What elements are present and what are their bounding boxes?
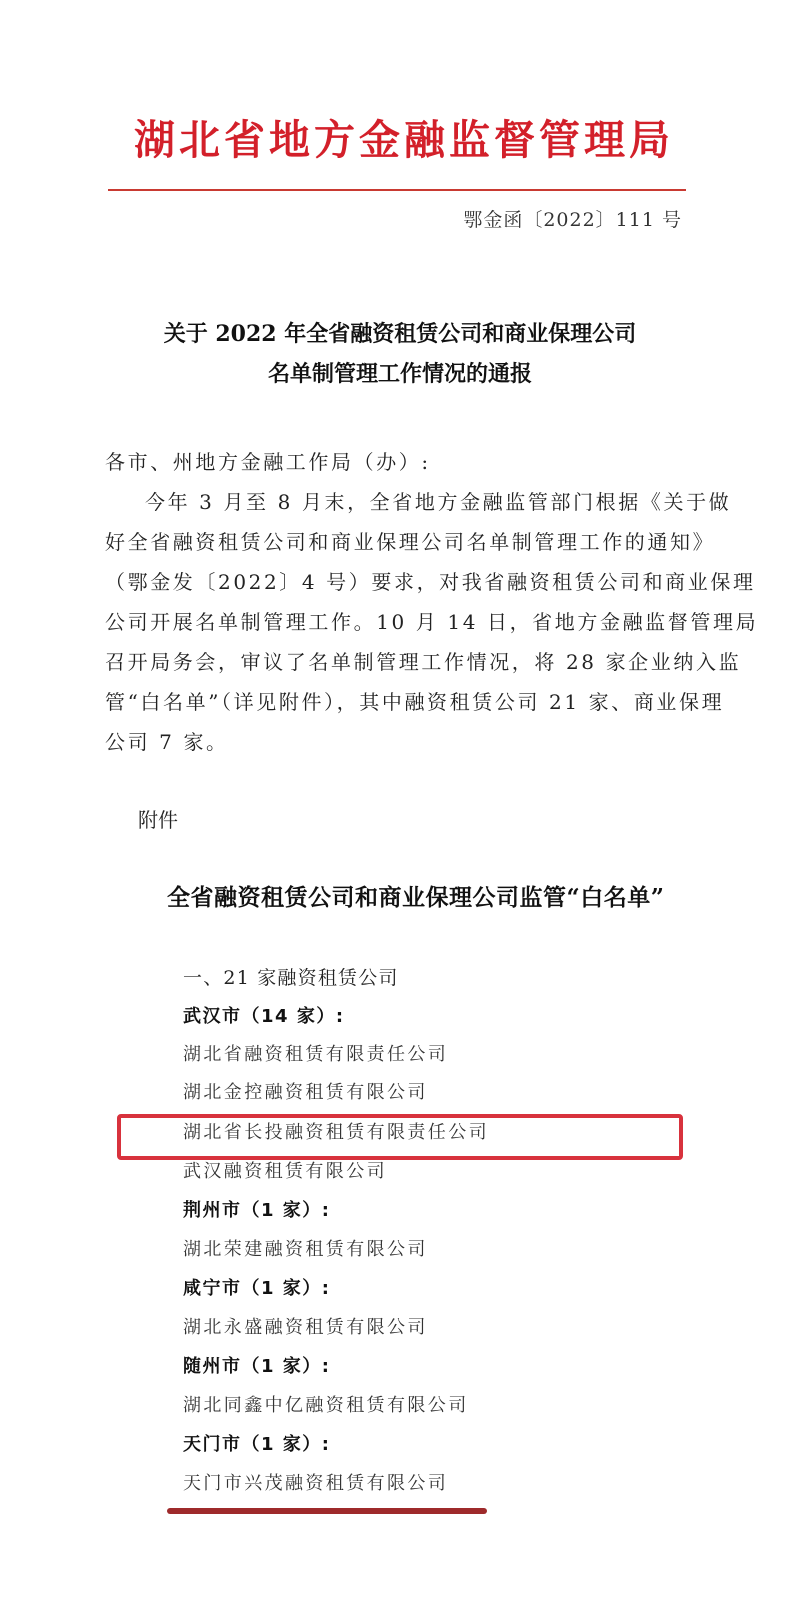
company-item: 湖北荣建融资租赁有限公司 <box>183 1236 428 1264</box>
salutation: 各市、州地方金融工作局（办）: <box>105 447 431 477</box>
body-line: 今年 3 月至 8 月末，全省地方金融监管部门根据《关于做 <box>145 487 731 517</box>
city-heading-xianning: 咸宁市（1 家）: <box>183 1275 331 1303</box>
attachment-label: 附件 <box>138 805 178 835</box>
city-heading-wuhan: 武汉市（14 家）: <box>183 1003 345 1031</box>
notice-title-line-1: 关于 2022 年全省融资租赁公司和商业保理公司 <box>0 317 800 351</box>
company-item: 湖北省融资租赁有限责任公司 <box>183 1041 448 1069</box>
company-item: 湖北同鑫中亿融资租赁有限公司 <box>183 1392 469 1420</box>
company-item: 湖北金控融资租赁有限公司 <box>183 1079 428 1107</box>
body-line: 公司开展名单制管理工作。10 月 14 日，省地方金融监督管理局 <box>105 607 758 637</box>
body-line: 好全省融资租赁公司和商业保理公司名单制管理工作的通知》 <box>105 527 715 557</box>
appendix-title: 全省融资租赁公司和商业保理公司监管“白名单” <box>167 880 664 916</box>
company-item: 武汉融资租赁有限公司 <box>183 1158 387 1186</box>
letterhead-divider <box>108 189 686 191</box>
city-heading-suizhou: 随州市（1 家）: <box>183 1353 331 1381</box>
agency-letterhead-title: 湖北省地方金融监督管理局 <box>134 112 654 168</box>
company-item-highlighted: 湖北省长投融资租赁有限责任公司 <box>183 1119 489 1147</box>
company-item: 湖北永盛融资租赁有限公司 <box>183 1314 428 1342</box>
body-line: 管“白名单”（详见附件），其中融资租赁公司 21 家、商业保理 <box>105 687 724 717</box>
document-number: 鄂金函〔2022〕111 号 <box>463 205 682 235</box>
underline-annotation <box>167 1508 487 1514</box>
city-heading-jingzhou: 荆州市（1 家）: <box>183 1197 331 1225</box>
company-item: 天门市兴茂融资租赁有限公司 <box>183 1470 448 1498</box>
section-heading: 一、21 家融资租赁公司 <box>183 964 399 992</box>
body-line: 公司 7 家。 <box>105 727 229 757</box>
body-line: 召开局务会，审议了名单制管理工作情况，将 28 家企业纳入监 <box>105 647 741 677</box>
notice-title-line-2: 名单制管理工作情况的通报 <box>0 357 800 391</box>
city-heading-tianmen: 天门市（1 家）: <box>183 1431 331 1459</box>
body-line: （鄂金发〔2022〕4 号）要求，对我省融资租赁公司和商业保理 <box>105 567 756 597</box>
